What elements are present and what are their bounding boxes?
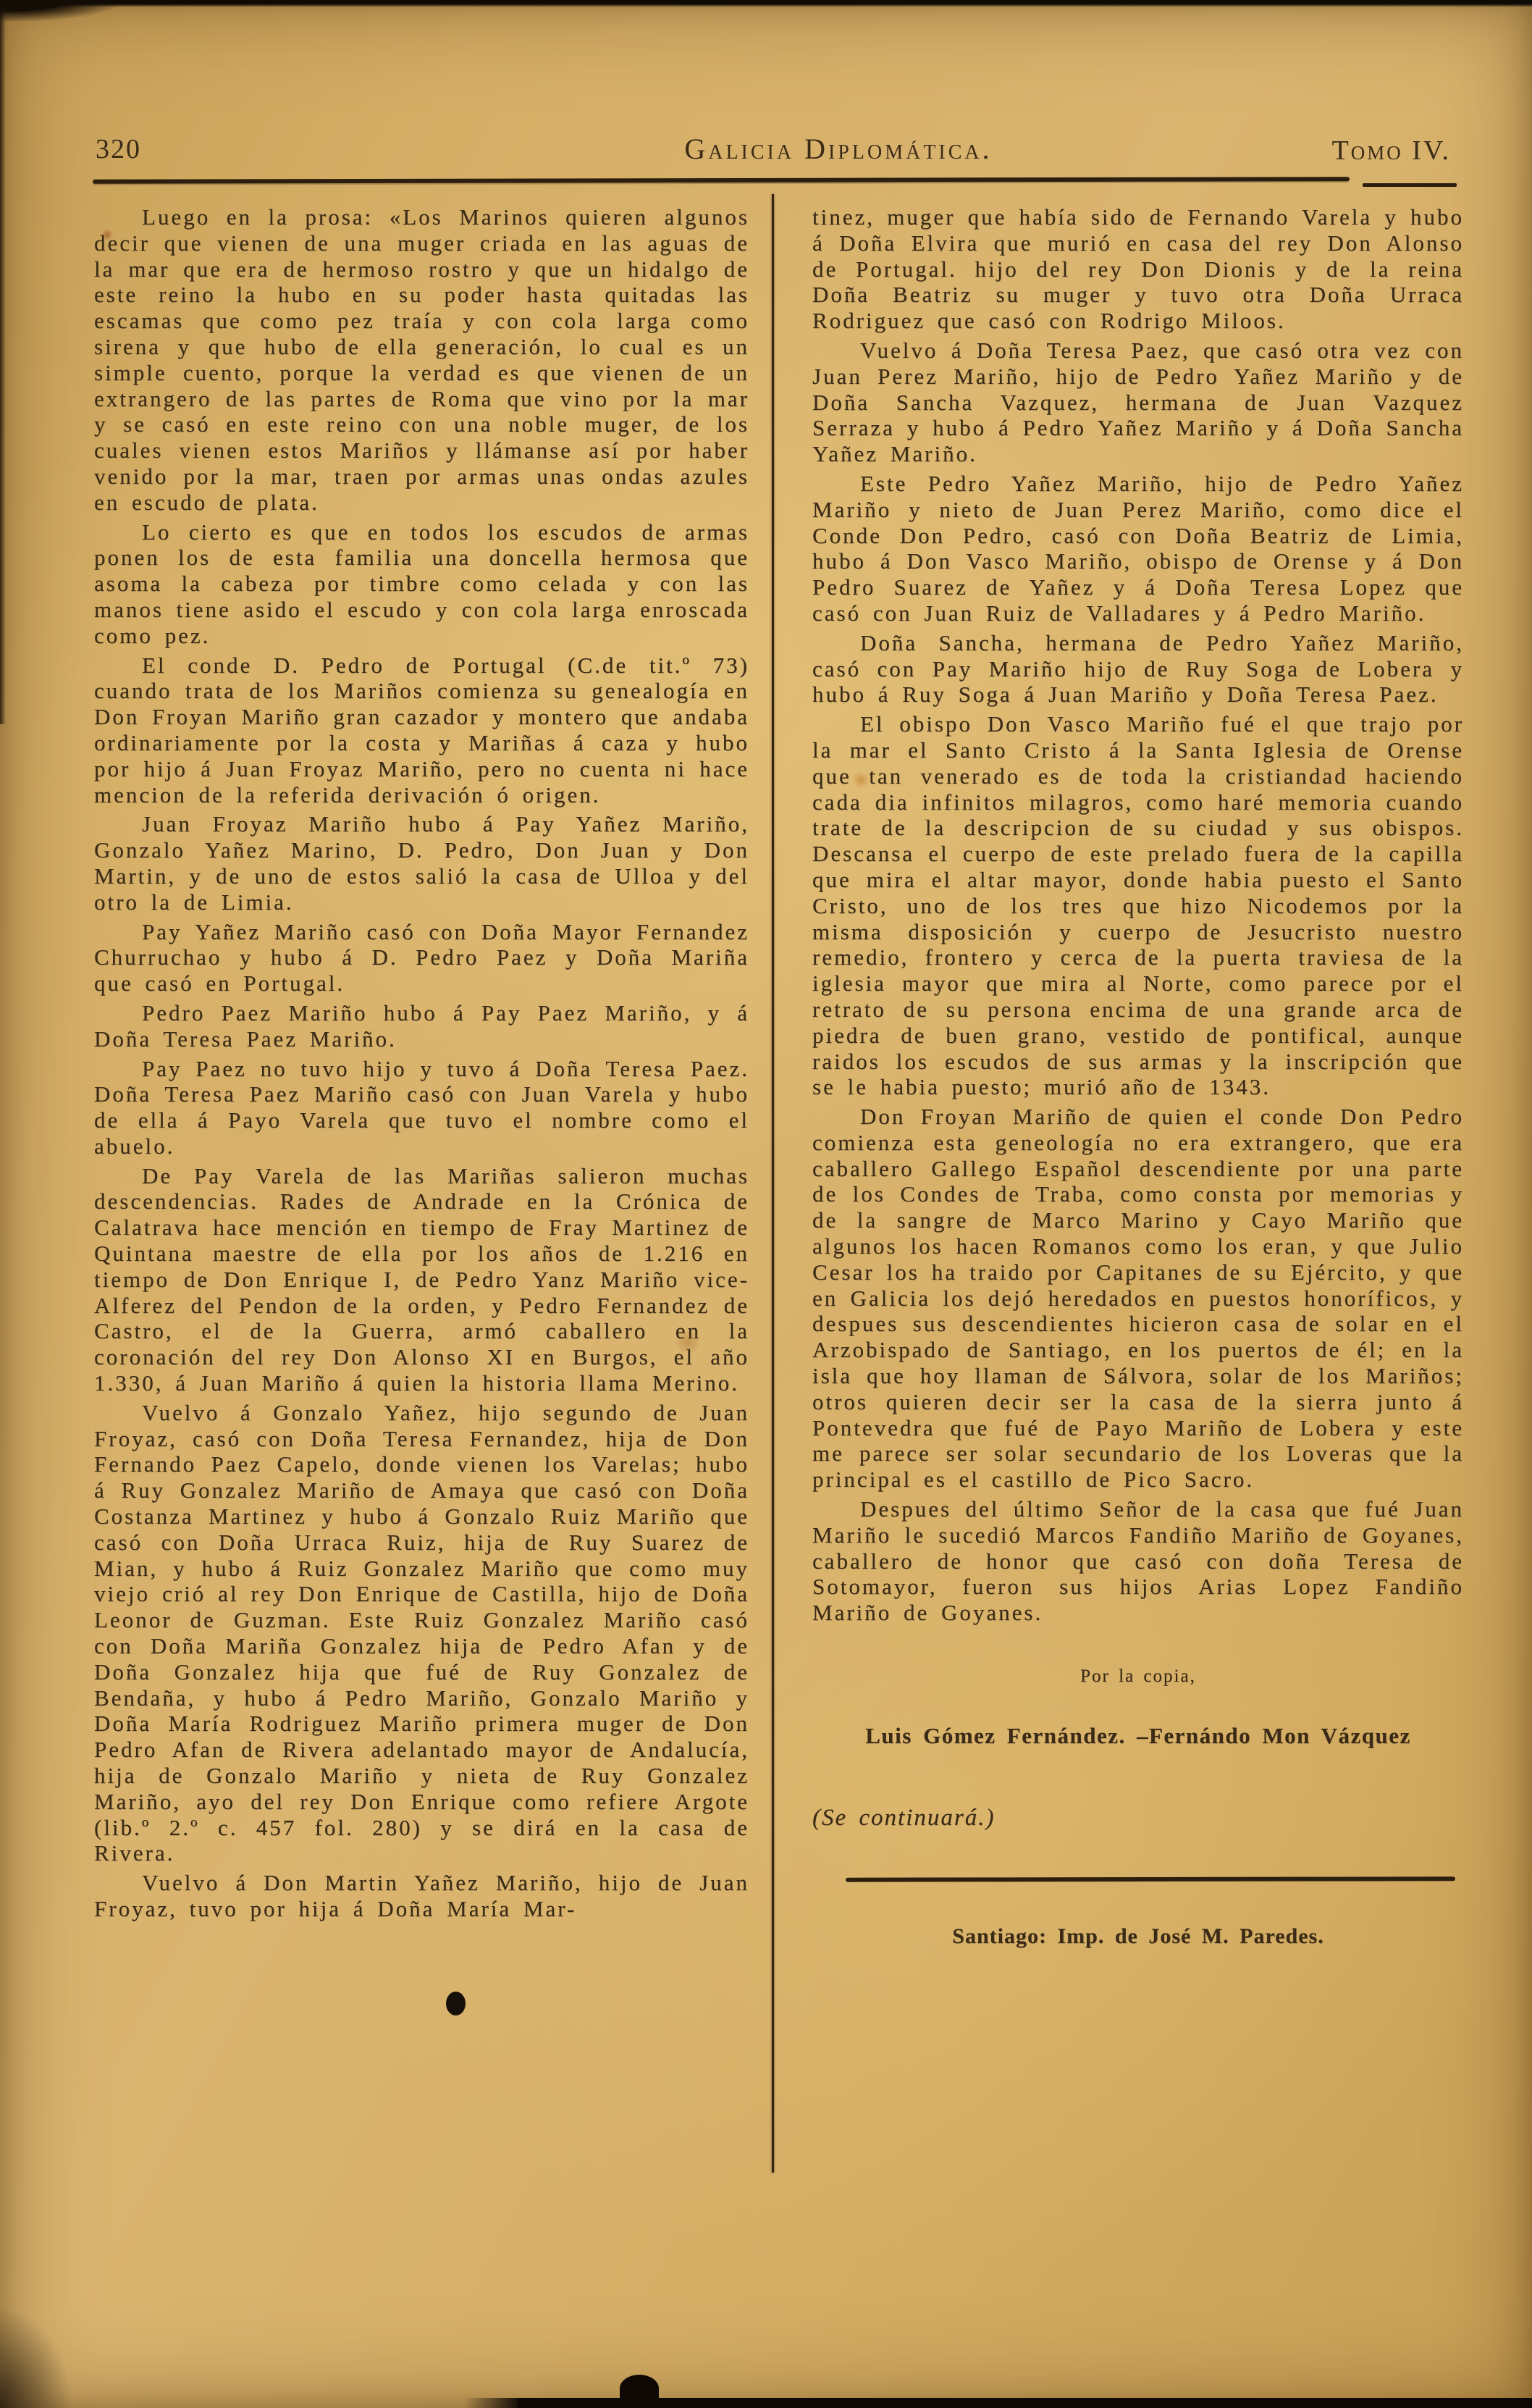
right-column: tinez, muger que había sido de Fernando … — [812, 204, 1464, 1950]
signatures: Luis Gómez Fernández. –Fernándo Mon Vázq… — [812, 1723, 1464, 1749]
paragraph: Pedro Paez Mariño hubo á Pay Paez Mariño… — [94, 1000, 749, 1052]
footer-rule — [846, 1877, 1455, 1882]
paragraph-continuation: tinez, muger que había sido de Fernando … — [812, 204, 1464, 334]
paragraph: Despues del último Señor de la casa que … — [812, 1496, 1464, 1626]
volume-label: Tomo IV. — [1332, 135, 1451, 167]
scan-edge-top — [0, 0, 1532, 7]
scanned-page: 320 Galicia Diplomática. Tomo IV. Luego … — [0, 0, 1532, 2408]
header-rule — [93, 177, 1350, 184]
scan-edge-blob — [620, 2375, 659, 2402]
scan-edge-bottom-left — [0, 2307, 72, 2408]
scan-edge-left — [0, 0, 6, 724]
scan-edge-top-left — [0, 0, 123, 22]
paragraph: Pay Paez no tuvo hijo y tuvo á Doña Tere… — [94, 1056, 749, 1159]
printer-imprint: Santiago: Imp. de José M. Paredes. — [812, 1924, 1464, 1950]
left-column: Luego en la prosa: «Los Marinos quieren … — [94, 204, 749, 1926]
paragraph: Vuelvo á Don Martin Yañez Mariño, hijo d… — [94, 1870, 749, 1922]
paragraph: El obispo Don Vasco Mariño fué el que tr… — [812, 711, 1464, 1100]
paragraph: Vuelvo á Doña Teresa Paez, que casó otra… — [812, 337, 1464, 467]
page-title: Galicia Diplomática. — [145, 132, 1532, 166]
header-rule-right-segment — [1363, 183, 1457, 187]
scan-edge-bottom — [518, 2398, 1532, 2408]
copy-credit-label: Por la copia, — [812, 1664, 1464, 1690]
scan-edge-bottom-fade — [463, 2398, 521, 2408]
continuation-notice: (Se continuará.) — [812, 1805, 1464, 1832]
paper-stain — [851, 772, 870, 788]
paper-stain — [673, 1331, 702, 1353]
paragraph: Doña Sancha, hermana de Pedro Yañez Mari… — [812, 630, 1464, 708]
paragraph: De Pay Varela de las Mariñas salieron mu… — [94, 1163, 749, 1396]
paragraph: El conde D. Pedro de Portugal (C.de tit.… — [94, 653, 749, 808]
paragraph: Luego en la prosa: «Los Marinos quieren … — [94, 204, 749, 516]
paragraph: Don Froyan Mariño de quien el conde Don … — [812, 1104, 1464, 1493]
paragraph: Vuelvo á Gonzalo Yañez, hijo segundo de … — [94, 1400, 749, 1866]
paragraph: Lo cierto es que en todos los escudos de… — [94, 519, 749, 649]
paragraph: Este Pedro Yañez Mariño, hijo de Pedro Y… — [812, 471, 1464, 626]
ink-blot — [446, 1992, 466, 2015]
page-number: 320 — [96, 133, 141, 165]
paper-stain — [101, 229, 113, 240]
paragraph: Pay Yañez Mariño casó con Doña Mayor Fer… — [94, 919, 749, 997]
paragraph: Juan Froyaz Mariño hubo á Pay Yañez Mari… — [94, 811, 749, 915]
column-divider — [772, 194, 774, 2173]
